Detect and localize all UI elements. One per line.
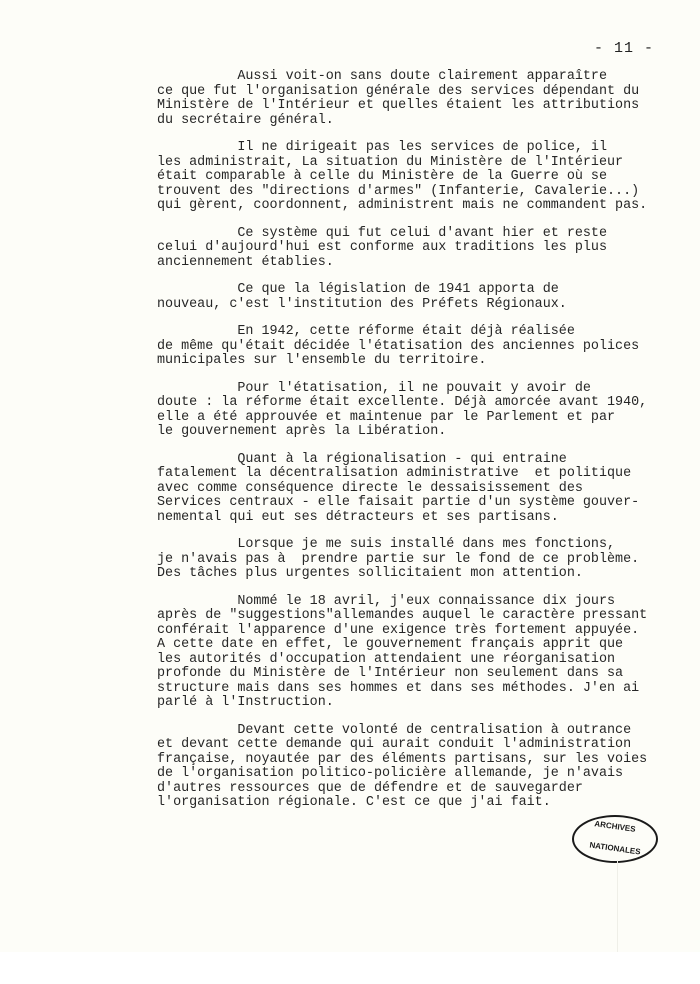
text-line: les autorités d'occupation attendaient u… [157, 653, 700, 668]
text-line: après de "suggestions"allemandes auquel … [157, 609, 700, 624]
text-line: Ce système qui fut celui d'avant hier et… [157, 227, 700, 242]
paragraph: En 1942, cette réforme était déjà réalis… [157, 325, 700, 369]
document-body: Aussi voit-on sans doute clairement appa… [157, 70, 700, 824]
text-line: A cette date en effet, le gouvernement f… [157, 638, 700, 653]
text-line: nouveau, c'est l'institution des Préfets… [157, 298, 700, 313]
document-page: - 11 - Aussi voit-on sans doute claireme… [0, 0, 700, 952]
text-line: Il ne dirigeait pas les services de poli… [157, 141, 700, 156]
paragraph: Nommé le 18 avril, j'eux connaissance di… [157, 595, 700, 711]
text-line: structure mais dans ses hommes et dans s… [157, 682, 700, 697]
paragraph: Quant à la régionalisation - qui entrain… [157, 453, 700, 526]
paragraph: Aussi voit-on sans doute clairement appa… [157, 70, 700, 128]
scan-margin-line [617, 860, 618, 952]
text-line: trouvent des "directions d'armes" (Infan… [157, 185, 700, 200]
paragraph: Pour l'étatisation, il ne pouvait y avoi… [157, 382, 700, 440]
text-line: et devant cette demande qui aurait condu… [157, 738, 700, 753]
text-line: Nommé le 18 avril, j'eux connaissance di… [157, 595, 700, 610]
text-line: En 1942, cette réforme était déjà réalis… [157, 325, 700, 340]
text-line: Ce que la législation de 1941 apporta de [157, 283, 700, 298]
text-line: anciennement établies. [157, 256, 700, 271]
text-line: parlé à l'Instruction. [157, 696, 700, 711]
text-line: Des tâches plus urgentes sollicitaient m… [157, 567, 700, 582]
text-line: Aussi voit-on sans doute clairement appa… [157, 70, 700, 85]
text-line: elle a été approuvée et maintenue par le… [157, 411, 700, 426]
text-line: conférait l'apparence d'une exigence trè… [157, 624, 700, 639]
text-line: Lorsque je me suis installé dans mes fon… [157, 538, 700, 553]
text-line: l'organisation régionale. C'est ce que j… [157, 796, 700, 811]
text-line: qui gèrent, coordonnent, administrent ma… [157, 199, 700, 214]
paragraph: Il ne dirigeait pas les services de poli… [157, 141, 700, 214]
text-line: avec comme conséquence directe le dessai… [157, 482, 700, 497]
text-line: était comparable à celle du Ministère de… [157, 170, 700, 185]
stamp-bottom-text: NATIONALES [574, 838, 656, 858]
text-line: Quant à la régionalisation - qui entrain… [157, 453, 700, 468]
text-line: doute : la réforme était excellente. Déj… [157, 396, 700, 411]
text-line: le gouvernement après la Libération. [157, 425, 700, 440]
text-line: les administrait, La situation du Minist… [157, 156, 700, 171]
paragraph: Devant cette volonté de centralisation à… [157, 724, 700, 811]
text-line: Devant cette volonté de centralisation à… [157, 724, 700, 739]
text-line: fatalement la décentralisation administr… [157, 467, 700, 482]
text-line: municipales sur l'ensemble du territoire… [157, 354, 700, 369]
text-line: ce que fut l'organisation générale des s… [157, 85, 700, 100]
paragraph: Ce système qui fut celui d'avant hier et… [157, 227, 700, 271]
text-line: de l'organisation politico-policière all… [157, 767, 700, 782]
text-line: d'autres ressources que de défendre et d… [157, 782, 700, 797]
page-number: - 11 - [594, 40, 654, 57]
text-line: nemental qui eut ses détracteurs et ses … [157, 511, 700, 526]
paragraph: Ce que la législation de 1941 apporta de… [157, 283, 700, 312]
text-line: profonde du Ministère de l'Intérieur non… [157, 667, 700, 682]
text-line: Services centraux - elle faisait partie … [157, 496, 700, 511]
text-line: Ministère de l'Intérieur et quelles étai… [157, 99, 700, 114]
text-line: de même qu'était décidée l'étatisation d… [157, 340, 700, 355]
text-line: Pour l'étatisation, il ne pouvait y avoi… [157, 382, 700, 397]
text-line: du secrétaire général. [157, 114, 700, 129]
text-line: française, noyautée par des éléments par… [157, 753, 700, 768]
archives-nationales-stamp: ARCHIVES NATIONALES [572, 815, 658, 863]
text-line: celui d'aujourd'hui est conforme aux tra… [157, 241, 700, 256]
paragraph: Lorsque je me suis installé dans mes fon… [157, 538, 700, 582]
text-line: je n'avais pas à prendre partie sur le f… [157, 553, 700, 568]
